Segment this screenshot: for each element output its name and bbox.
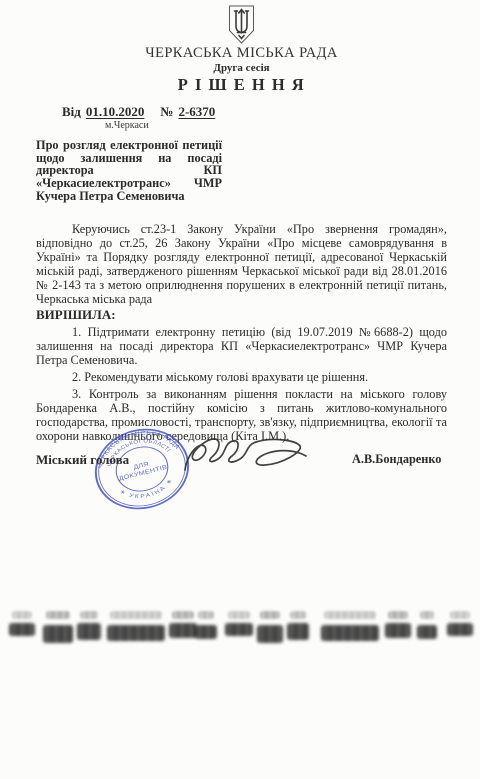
- scan-artifact-band: [7, 606, 473, 650]
- signer-title: Міський голова: [36, 452, 129, 468]
- ukraine-trident-emblem: [228, 5, 255, 44]
- doc-type-title: Р І Ш Е Н Н Я: [36, 76, 447, 94]
- scanned-document-page: ЧЕРКАСЬКА МІСЬКА РАДА Друга сесія Р І Ш …: [0, 0, 480, 779]
- signer-name: А.В.Бондаренко: [352, 452, 441, 467]
- date-number-line: Від01.10.2020№2-6370: [62, 104, 447, 119]
- date-label: Від: [62, 104, 81, 119]
- date-value: 01.10.2020: [86, 104, 145, 119]
- decision-item-1: 1. Підтримати електронну петицію (від 19…: [36, 325, 447, 367]
- signature-scribble: [180, 428, 312, 480]
- session-label: Друга сесія: [36, 62, 447, 74]
- resolved-label: ВИРІШИЛА:: [36, 307, 447, 322]
- subject-paragraph: Про розгляд електронної петиції щодо зал…: [36, 139, 222, 203]
- number-value: 2-6370: [178, 104, 215, 119]
- org-name: ЧЕРКАСЬКА МІСЬКА РАДА: [36, 45, 447, 62]
- number-label: №: [160, 104, 173, 119]
- place-line: м.Черкаси: [105, 120, 447, 131]
- document-content: ЧЕРКАСЬКА МІСЬКА РАДА Друга сесія Р І Ш …: [0, 5, 480, 443]
- decision-item-2: 2. Рекомендувати міському голові врахува…: [36, 370, 447, 384]
- preamble-paragraph: Керуючись ст.23-1 Закону України «Про зв…: [36, 222, 447, 306]
- decision-items: 1. Підтримати електронну петицію (від 19…: [36, 325, 447, 443]
